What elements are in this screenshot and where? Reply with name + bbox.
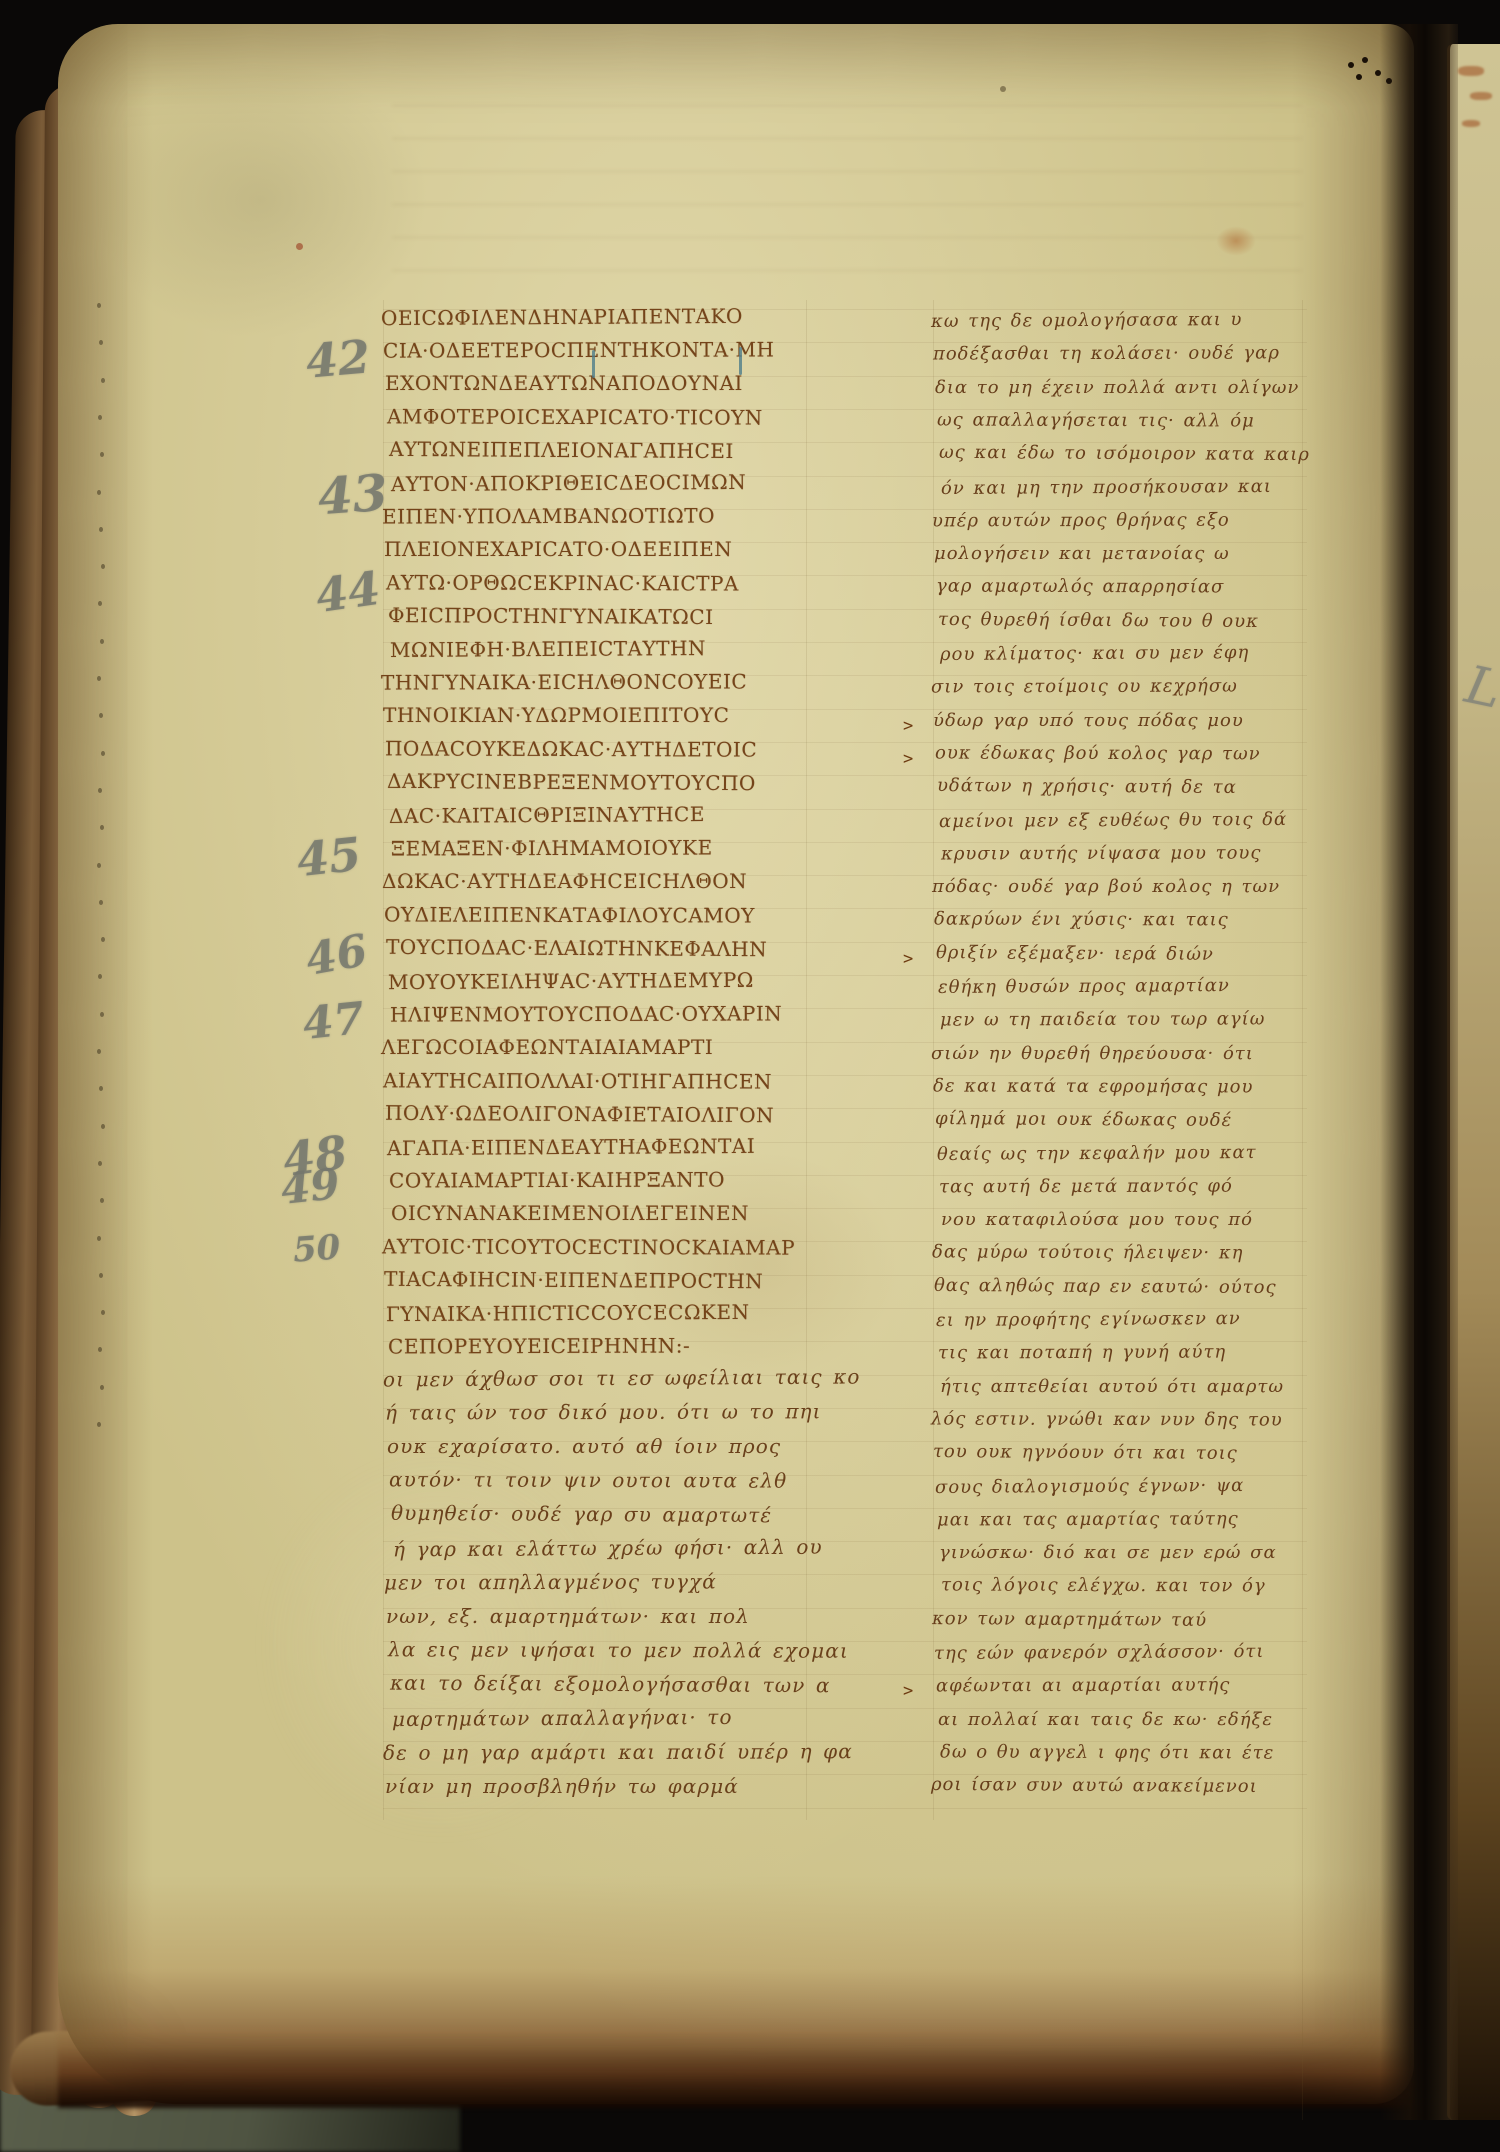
- uncial-text-line: ΔΑϹ·ΚΑΙΤΑΙϹΘΡΙΞΙΝΑΥΤΗϹΕ: [389, 802, 705, 828]
- uncial-text-line: ΕΙΠΕΝ·ΥΠΟΛΑΜΒΑΝΩΟΤΙΩΤΟ: [382, 504, 715, 529]
- uncial-text-line: ΔΩΚΑϹ·ΑΥΤΗΔΕΑΦΗϹΕΙϹΗΛΘΟΝ: [382, 869, 747, 893]
- uncial-text-line: ΤΙΑϹΑΦΙΗϹΙΝ·ΕΙΠΕΝΔΕΠΡΟϹΤΗΝ: [384, 1267, 763, 1293]
- manuscript-photo: ΟΕΙϹΩΦΙΛΕΝΔΗΝΑΡΙΑΠΕΝΤΑΚΟϹΙΑ·ΟΔΕΕΤΕΡΟϹΠΕΝ…: [0, 0, 1500, 2152]
- pricking-hole: [100, 1012, 104, 1017]
- diple-mark: >: [903, 1681, 913, 1701]
- rust-mark: [1458, 66, 1484, 76]
- commentary-text-line: δω ο θυ αγγελ ι φης ότι και έτε: [940, 1741, 1274, 1763]
- uncial-text-line: ΑΥΤΟΙϹ·ΤΙϹΟΥΤΟϹΕϹΤΙΝΟϹΚΑΙΑΜΑΡ: [382, 1234, 795, 1259]
- pricking-hole: [97, 1422, 101, 1427]
- commentary-text-line: σιών ην θυρεθή θηρεύουσα· ότι: [931, 1043, 1254, 1064]
- commentary-text-line: ύδωρ γαρ υπό τους πόδας μου: [933, 710, 1244, 731]
- verse-number: 47: [301, 993, 367, 1050]
- uncial-text-line: ΦΕΙϹΠΡΟϹΤΗΝΓΥΝΑΙΚΑΤΩϹΙ: [388, 603, 714, 629]
- minuscule-text-line: νίαν μη προσβληθήν τω φαρμά: [385, 1774, 739, 1798]
- verse-number: 49: [279, 1159, 342, 1214]
- uncial-text-line: ΑΙΑΥΤΗϹΑΙΠΟΛΛΑΙ·ΟΤΙΗΓΑΠΗϹΕΝ: [383, 1068, 772, 1093]
- minuscule-text-line: μαρτημάτων απαλλαγήναι· το: [392, 1705, 733, 1731]
- uncial-text-line: ϹΙΑ·ΟΔΕΕΤΕΡΟϹΠΕΝΤΗΚΟΝΤΑ·ΜΗ: [383, 338, 774, 363]
- commentary-text-line: ει ην προφήτης εγίνωσκεν αν: [936, 1308, 1241, 1331]
- uncial-text-line: ΠΛΕΙΟΝΕΧΑΡΙϹΑΤΟ·ΟΔΕΕΙΠΕΝ: [384, 537, 732, 561]
- commentary-text-line: δια το μη έχειν πολλά αντι ολίγων: [935, 377, 1299, 398]
- rust-stain: [1216, 226, 1256, 256]
- corrector-teal-stroke: [592, 350, 595, 378]
- commentary-text-line: θας αληθώς παρ εν εαυτώ· ούτος: [934, 1275, 1277, 1298]
- commentary-text-line: αφέωνται αι αμαρτίαι αυτής: [936, 1675, 1230, 1697]
- commentary-text-line: γαρ αμαρτωλός απαρρησίασ: [936, 576, 1224, 598]
- pricking-hole: [100, 1385, 104, 1390]
- verse-number: 45: [294, 827, 363, 887]
- commentary-text-line: ροι ίσαν συν αυτώ ανακείμενοι: [931, 1774, 1258, 1797]
- commentary-text-line: δας μύρω τούτοις ήλειψεν· κη: [932, 1242, 1244, 1264]
- ruling-line-vertical: [806, 300, 807, 1820]
- diple-mark: >: [903, 949, 913, 969]
- diple-mark: >: [903, 749, 913, 769]
- verse-number: 43: [316, 463, 390, 527]
- commentary-text-line: τος θυρεθή ίσθαι δω του θ ουκ: [938, 609, 1259, 632]
- pricking-hole: [97, 676, 101, 681]
- commentary-text-line: δακρύων ένι χύσις· και ταις: [934, 909, 1229, 931]
- ink-speck: [1348, 62, 1354, 68]
- uncial-text-line: ϹΟΥΑΙΑΜΑΡΤΙΑΙ·ΚΑΙΗΡΞΑΝΤΟ: [389, 1168, 725, 1193]
- gutter-shadow: [1380, 24, 1458, 2120]
- commentary-text-line: δε και κατά τα εφρομήσας μου: [933, 1075, 1254, 1097]
- ink-speck: [1362, 57, 1368, 63]
- uncial-text-line: ΠΟΔΑϹΟΥΚΕΔΩΚΑϹ·ΑΥΤΗΔΕΤΟΙϹ: [385, 736, 757, 761]
- olive-shading: [90, 60, 430, 340]
- minuscule-text-line: δε ο μη γαρ αμάρτι και παιδί υπέρ η φα: [383, 1739, 853, 1764]
- uncial-text-line: ΠΟΛΥ·ΩΔΕΟΛΙΓΟΝΑΦΙΕΤΑΙΟΛΙΓΟΝ: [385, 1101, 774, 1127]
- commentary-text-line: κω της δε ομολογήσασα και υ: [931, 309, 1243, 332]
- commentary-text-line: τας αυτή δε μετά παντός φό: [939, 1175, 1233, 1197]
- uncial-text-line: ΑΓΑΠΑ·ΕΙΠΕΝΔΕΑΥΤΗΑΦΕΩΝΤΑΙ: [387, 1134, 755, 1160]
- pricking-hole: [100, 639, 104, 644]
- uncial-text-line: ΤΟΥϹΠΟΔΑϹ·ΕΛΑΙΩΤΗΝΚΕΦΑΛΗΝ: [386, 935, 767, 961]
- commentary-text-line: θεαίς ως την κεφαλήν μου κατ: [937, 1141, 1257, 1164]
- commentary-text-line: ουκ έδωκας βού κολος γαρ των: [935, 742, 1261, 764]
- verse-number: 44: [313, 560, 384, 622]
- pricking-hole: [101, 378, 105, 383]
- uncial-text-line: ΟΥΔΙΕΛΕΙΠΕΝΚΑΤΑΦΙΛΟΥϹΑΜΟΥ: [384, 902, 755, 927]
- verso-show-through: [392, 104, 1302, 300]
- minuscule-text-line: ή ταις ών τοσ δικό μου. ότι ω το πηι: [385, 1399, 822, 1424]
- minuscule-text-line: αυτόν· τι τοιν ψιν ουτοι αυτα ελθ: [389, 1467, 787, 1492]
- pricking-hole: [97, 303, 101, 308]
- commentary-text-line: τις και ποταπή η γυνή αύτη: [938, 1342, 1226, 1364]
- commentary-text-line: τοις λόγοις ελέγχω. και τον όγ: [941, 1575, 1266, 1597]
- minuscule-text-line: ή γαρ και ελάττω χρέω φήσι· αλλ ου: [393, 1535, 823, 1562]
- pricking-hole: [101, 751, 105, 756]
- commentary-text-line: της εών φανερόν σχλάσσον· ότι: [934, 1641, 1265, 1664]
- minuscule-text-line: θυμηθείσ· ουδέ γαρ συ αμαρτωτέ: [391, 1501, 772, 1527]
- commentary-text-line: κον των αμαρτημάτων ταύ: [932, 1608, 1207, 1631]
- minuscule-text-line: ουκ εχαρίσατο. αυτό αθ ίοιν προς: [387, 1434, 781, 1458]
- commentary-text-line: νου καταφιλούσα μου τους πό: [941, 1209, 1253, 1230]
- uncial-text-line: ΑΥΤΩΝΕΙΠΕΠΛΕΙΟΝΑΓΑΠΗϹΕΙ: [389, 437, 734, 463]
- pricking-hole: [99, 900, 103, 905]
- pricking-hole: [98, 788, 102, 793]
- dark-speck: [1000, 86, 1006, 92]
- minuscule-text-line: μεν τοι απηλλαγμένος τυγχά: [384, 1569, 717, 1594]
- commentary-text-line: ρου κλίματος· και συ μεν έφη: [940, 642, 1249, 665]
- commentary-text-line: λός εστιν. γνώθι καν νυν δης του: [931, 1408, 1283, 1430]
- pricking-hole: [97, 1049, 101, 1054]
- uncial-text-line: ΑΜΦΟΤΕΡΟΙϹΕΧΑΡΙϹΑΤΟ·ΤΙϹΟΥΝ: [387, 404, 763, 429]
- ink-speck: [1356, 74, 1362, 80]
- corrector-teal-stroke: [739, 347, 742, 375]
- commentary-text-line: ποδέξασθαι τη κολάσει· ουδέ γαρ: [933, 343, 1280, 365]
- pricking-hole: [98, 1161, 102, 1166]
- rust-mark: [1462, 120, 1480, 127]
- commentary-text-line: όν και μη την προσήκουσαν και: [941, 475, 1272, 498]
- ruling-line: [383, 1808, 1307, 1809]
- verse-number: 46: [302, 925, 371, 986]
- commentary-text-line: κρυσιν αυτής νίψασα μου τους: [941, 842, 1262, 864]
- commentary-text-line: φίλημά μοι ουκ έδωκας ουδέ: [935, 1108, 1232, 1131]
- commentary-text-line: ήτις απτεθείαι αυτού ότι αμαρτω: [940, 1376, 1284, 1397]
- commentary-text-line: υδάτων η χρήσις· αυτή δε τα: [937, 775, 1237, 798]
- uncial-text-line: ΑΥΤΟΝ·ΑΠΟΚΡΙΘΕΙϹΔΕΟϹΙΜΩΝ: [391, 470, 746, 496]
- commentary-text-line: θριξίν εξέμαξεν· ιερά διών: [936, 942, 1214, 965]
- diple-mark: >: [903, 716, 913, 736]
- minuscule-text-line: νων, εξ. αμαρτημάτων· και πολ: [386, 1604, 750, 1628]
- commentary-text-line: σιν τοις ετοίμοις ου κεχρήσω: [931, 676, 1238, 698]
- pricking-hole: [98, 415, 102, 420]
- uncial-text-line: ΑΥΤΩ·ΟΡΘΩϹΕΚΡΙΝΑϹ·ΚΑΙϹΤΡΑ: [386, 570, 739, 595]
- uncial-text-line: ϹΕΠΟΡΕΥΟΥΕΙϹΕΙΡΗΝΗΝ:-: [388, 1334, 690, 1359]
- uncial-text-line: ΤΗΝΟΙΚΙΑΝ·ΥΔΩΡΜΟΙΕΠΙΤΟΥϹ: [383, 703, 729, 727]
- commentary-text-line: αμείνοι μεν εξ ευθέως θυ τοις δά: [939, 808, 1287, 831]
- pricking-hole: [101, 1124, 105, 1129]
- commentary-text-line: μολογήσειν και μετανοίας ω: [934, 543, 1230, 564]
- commentary-text-line: μαι και τας αμαρτίας ταύτης: [937, 1508, 1239, 1530]
- commentary-text-line: μεν ω τη παιδεία του τωρ αγίω: [940, 1009, 1265, 1031]
- uncial-text-line: ΓΥΝΑΙΚΑ·ΗΠΙϹΤΙϹϹΟΥϹΕϹΩΚΕΝ: [386, 1300, 750, 1326]
- commentary-text-line: πόδας· ουδέ γαρ βού κολος η των: [932, 876, 1280, 897]
- red-speck: [296, 243, 303, 250]
- uncial-text-line: ΔΑΚΡΥϹΙΝΕΒΡΕΞΕΝΜΟΥΤΟΥϹΠΟ: [387, 769, 756, 795]
- ruling-line-vertical: [1302, 300, 1303, 2120]
- uncial-text-line: ΟΙϹΥΝΑΝΑΚΕΙΜΕΝΟΙΛΕΓΕΙΝΕΝ: [391, 1201, 749, 1225]
- uncial-text-line: ΛΕΓΩϹΟΙΑΦΕΩΝΤΑΙΑΙΑΜΑΡΤΙ: [381, 1035, 713, 1059]
- commentary-text-line: ως απαλλαγήσεται τις· αλλ όμ: [937, 409, 1255, 431]
- uncial-text-line: ΟΕΙϹΩΦΙΛΕΝΔΗΝΑΡΙΑΠΕΝΤΑΚΟ: [381, 304, 743, 330]
- verse-number: 50: [292, 1227, 342, 1270]
- uncial-text-line: ΕΧΟΝΤΩΝΔΕΑΥΤΩΝΑΠΟΔΟΥΝΑΙ: [385, 371, 743, 395]
- pricking-hole: [97, 1236, 101, 1241]
- commentary-text-line: εθήκη θυσών προς αμαρτίαν: [938, 975, 1230, 998]
- uncial-text-line: ΜΟΥΟΥΚΕΙΛΗΨΑϹ·ΑΥΤΗΔΕΜΥΡΩ: [388, 968, 754, 994]
- rust-mark: [1470, 92, 1492, 100]
- pricking-hole: [97, 490, 101, 495]
- pricking-hole: [97, 863, 101, 868]
- commentary-text-line: ως και έδω το ισόμοιρον κατα καιρ: [939, 442, 1310, 465]
- commentary-text-line: του ουκ ηγνόουν ότι και τοις: [933, 1441, 1238, 1464]
- pricking-hole: [99, 527, 103, 532]
- pricking-hole: [99, 1273, 103, 1278]
- uncial-text-line: ΤΗΝΓΥΝΑΙΚΑ·ΕΙϹΗΛΘΟΝϹΟΥΕΙϹ: [381, 670, 747, 695]
- minuscule-text-line: οι μεν άχθωσ σοι τι εσ ωφείλιαι ταις κο: [383, 1365, 861, 1392]
- uncial-text-line: ΗΛΙΨΕΝΜΟΥΤΟΥϹΠΟΔΑϹ·ΟΥΧΑΡΙΝ: [390, 1002, 782, 1027]
- verse-number: 42: [304, 330, 372, 389]
- minuscule-text-line: και το δείξαι εξομολογήσασθαι των α: [390, 1671, 831, 1698]
- commentary-text-line: γινώσκω· διό και σε μεν ερώ σα: [939, 1542, 1277, 1563]
- minuscule-text-line: λα εις μεν ιψήσαι το μεν πολλά εχομαι: [388, 1637, 849, 1662]
- singed-bottom-edge: [58, 2020, 1414, 2108]
- uncial-text-line: ΜΩΝΙΕΦΗ·ΒΛΕΠΕΙϹΤΑΥΤΗΝ: [390, 636, 706, 662]
- commentary-text-line: υπέρ αυτών προς θρήνας εξο: [932, 509, 1230, 531]
- commentary-text-line: σους διαλογισμούς έγνων· ψα: [935, 1475, 1244, 1498]
- uncial-text-line: ΞΕΜΑΞΕΝ·ΦΙΛΗΜΑΜΟΙΟΥΚΕ: [391, 836, 713, 861]
- commentary-text-line: αι πολλαί και ταις δε κω· εδήξε: [938, 1709, 1273, 1730]
